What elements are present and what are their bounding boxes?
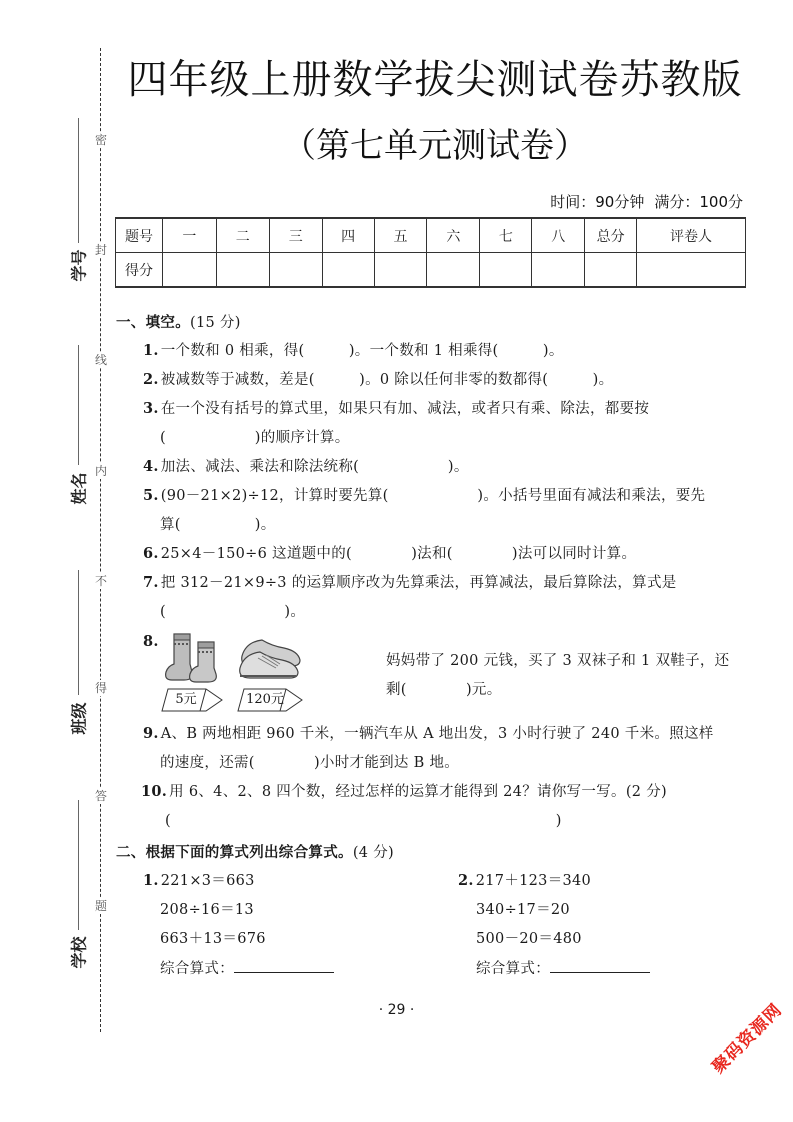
row-label: 得分	[116, 253, 163, 288]
page-number: · 29 ·	[0, 1002, 793, 1018]
question-4: 4.加法、减法、乘法和除法统称( )。	[143, 457, 469, 477]
name-line[interactable]	[78, 345, 79, 465]
exam-time: 时间：90分钟	[550, 193, 644, 211]
exam-meta: 时间：90分钟满分：100分	[550, 191, 743, 212]
seal-char: 封	[93, 242, 109, 258]
question-3: 3.在一个没有括号的算式里，如果只有加、减法，或者只有乘、除法，都要按	[143, 399, 649, 419]
column-header: 二	[216, 218, 269, 253]
score-cell[interactable]	[427, 253, 480, 288]
question-1: 1.一个数和 0 相乘，得( )。一个数和 1 相乘得( )。	[143, 341, 564, 361]
score-table-score-row: 得分	[116, 253, 746, 288]
question-3-line2: ( )的顺序计算。	[160, 428, 350, 448]
seal-char: 线	[93, 352, 109, 368]
column-header: 八	[532, 218, 585, 253]
question-10-answer[interactable]: ( )	[165, 811, 562, 831]
socks-image	[162, 632, 224, 687]
socks-price-tag: 5元	[164, 689, 208, 711]
score-cell[interactable]	[585, 253, 637, 288]
score-cell[interactable]	[532, 253, 585, 288]
score-cell[interactable]	[269, 253, 322, 288]
score-cell[interactable]	[162, 253, 216, 288]
problem-1-answer-blank[interactable]	[234, 958, 334, 973]
score-cell[interactable]	[374, 253, 427, 288]
column-header: 六	[427, 218, 480, 253]
problem-1-line3: 663＋13＝676	[160, 929, 266, 949]
problem-2-line2: 340÷17＝20	[476, 900, 570, 920]
score-table: 题号 一 二 三 四 五 六 七 八 总分 评卷人 得分	[115, 217, 746, 288]
score-table-header-row: 题号 一 二 三 四 五 六 七 八 总分 评卷人	[116, 218, 746, 253]
question-8-line2: 剩( )元。	[386, 680, 502, 700]
score-cell[interactable]	[637, 253, 746, 288]
question-9: 9.A、B 两地相距 960 千米，一辆汽车从 A 地出发，3 小时行驶了 24…	[143, 724, 714, 744]
student-id-line[interactable]	[78, 118, 79, 243]
column-header: 四	[322, 218, 374, 253]
question-5: 5.(90－21×2)÷12，计算时要先算( )。小括号里面有减法和乘法，要先	[143, 486, 705, 506]
question-10: 10.用 6、4、2、8 四个数，经过怎样的运算才能得到 24？请你写一写。(2…	[141, 782, 667, 802]
problem-2-answer: 综合算式：	[476, 958, 650, 979]
shoes-image	[236, 634, 304, 684]
page-subtitle: （第七单元测试卷）	[110, 118, 760, 167]
seal-char: 密	[93, 132, 109, 148]
row-label: 题号	[116, 218, 163, 253]
seal-char: 题	[93, 898, 109, 914]
name-label: 姓名	[62, 468, 94, 508]
student-id-label: 学号	[62, 245, 94, 285]
section1-title: 一、填空。(15 分)	[116, 313, 241, 333]
question-7-line2: ( )。	[160, 602, 305, 622]
question-9-line2: 的速度，还需( )小时才能到达 B 地。	[160, 753, 459, 773]
score-cell[interactable]	[216, 253, 269, 288]
school-label: 学校	[62, 932, 94, 972]
question-5-line2: 算( )。	[160, 515, 276, 535]
problem-1-line1: 1.221×3＝663	[143, 871, 255, 891]
school-line[interactable]	[78, 800, 79, 930]
class-line[interactable]	[78, 570, 79, 695]
problem-2-line3: 500－20＝480	[476, 929, 582, 949]
problem-2-line1: 2.217＋123＝340	[458, 871, 591, 891]
problem-2-answer-blank[interactable]	[550, 958, 650, 973]
exam-full-score: 满分：100分	[654, 193, 743, 211]
column-header: 七	[480, 218, 532, 253]
problem-1-answer: 综合算式：	[160, 958, 334, 979]
class-label: 班级	[62, 698, 94, 738]
page-title: 四年级上册数学拔尖测试卷苏教版	[110, 48, 760, 105]
question-8-number: 8.	[143, 632, 161, 652]
shoes-price-tag: 120元	[240, 689, 290, 711]
column-header: 三	[269, 218, 322, 253]
seal-char: 答	[93, 788, 109, 804]
section2-title: 二、根据下面的算式列出综合算式。(4 分)	[116, 843, 394, 863]
seal-char: 内	[93, 463, 109, 479]
seal-char: 得	[93, 680, 109, 696]
question-6: 6.25×4－150÷6 这道题中的( )法和( )法可以同时计算。	[143, 544, 636, 564]
seal-char: 不	[93, 573, 109, 589]
score-cell[interactable]	[322, 253, 374, 288]
column-header: 总分	[585, 218, 637, 253]
column-header: 五	[374, 218, 427, 253]
question-7: 7.把 312－21×9÷3 的运算顺序改为先算乘法，再算减法，最后算除法，算式…	[143, 573, 677, 593]
problem-1-line2: 208÷16＝13	[160, 900, 254, 920]
column-header: 一	[162, 218, 216, 253]
question-8-line1: 妈妈带了 200 元钱，买了 3 双袜子和 1 双鞋子，还	[386, 651, 729, 671]
binding-dashed-line	[100, 48, 101, 1032]
column-header: 评卷人	[637, 218, 746, 253]
score-cell[interactable]	[480, 253, 532, 288]
question-2: 2.被减数等于减数，差是( )。0 除以任何非零的数都得( )。	[143, 370, 613, 390]
